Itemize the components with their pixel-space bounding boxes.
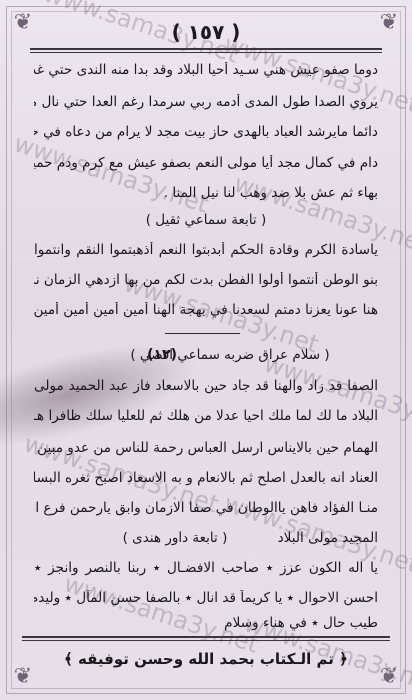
text-line: يا اله الكون عزز ٭ صاحب الافضـال ٭ ربنا … [34, 560, 378, 576]
text-line: العناد انه بالعدل اصلح ثم بالانعام و به … [34, 470, 378, 486]
text-line: دام في كمال مجد أيا مولى النعم بصفو عيش … [34, 155, 378, 171]
text-line: المجيد مولى البلاد [278, 530, 378, 546]
text-line: الصفا قد زاد والهنا قد جاد حين بالاسعاد … [34, 378, 378, 394]
footer-rule [22, 636, 390, 638]
text-line: طيب حال ٭ في هناء وسلام [34, 615, 378, 631]
text-line: دائما مايرشد العباد بالهدى حاز بيت مجد ل… [34, 124, 378, 140]
text-line: يروي الصدا طول المدى أدمه ربي سرمدا رغم … [34, 94, 378, 110]
text-line: الهمام حين بالايناس ارسل العباس رحمة للن… [34, 440, 378, 456]
page-number: ( ١٥٧ ) [0, 20, 412, 44]
text-line: هنا عونا يعزنا دمتم لسعدنا في بهجة الهنا… [34, 302, 378, 318]
header-rule-thin [30, 52, 382, 53]
section-heading: ( تابعة سماعي ثقيل ) [0, 212, 412, 228]
footer-rule-thin [22, 640, 390, 641]
text-line: احسن الاحوال ٭ يا كريماً قد انال ٭ بالصف… [34, 590, 378, 606]
text-line: بهاء ثم عش بلا ضد وهب لنا نيل المنا . [34, 185, 378, 201]
text-line: منـا الفؤاد فاهنِ ياالوطان في صفا الازما… [34, 500, 378, 516]
header-rule [30, 48, 382, 50]
section-heading: ( سلام عراق ضربه سماعي اقصي ) [130, 347, 330, 363]
section-heading: ( تابعة داور هندى ) [100, 530, 250, 546]
text-line: دوما صفو عيش هني سـيد أحيا البلاد وقد بد… [34, 62, 378, 78]
section-separator [165, 333, 240, 334]
text-line: بنو الوطن أنتموا أولوا الفطن بدت لكم من … [34, 272, 378, 288]
scanned-page: ❦ ❦ ❦ ❦ www.sama3y.net www.sama3y.net ww… [0, 0, 412, 700]
closing-colophon: ﴿ تم الـكتاب بحمد الله وحسن توفيقه ﴾ [0, 650, 412, 668]
text-line: ياسادة الكرم وقادة الحكم أبدبتوا النعم أ… [34, 242, 378, 258]
text-line: البلاد ما لك لما ملك احيا عدلا من هلك ثم… [34, 408, 378, 424]
